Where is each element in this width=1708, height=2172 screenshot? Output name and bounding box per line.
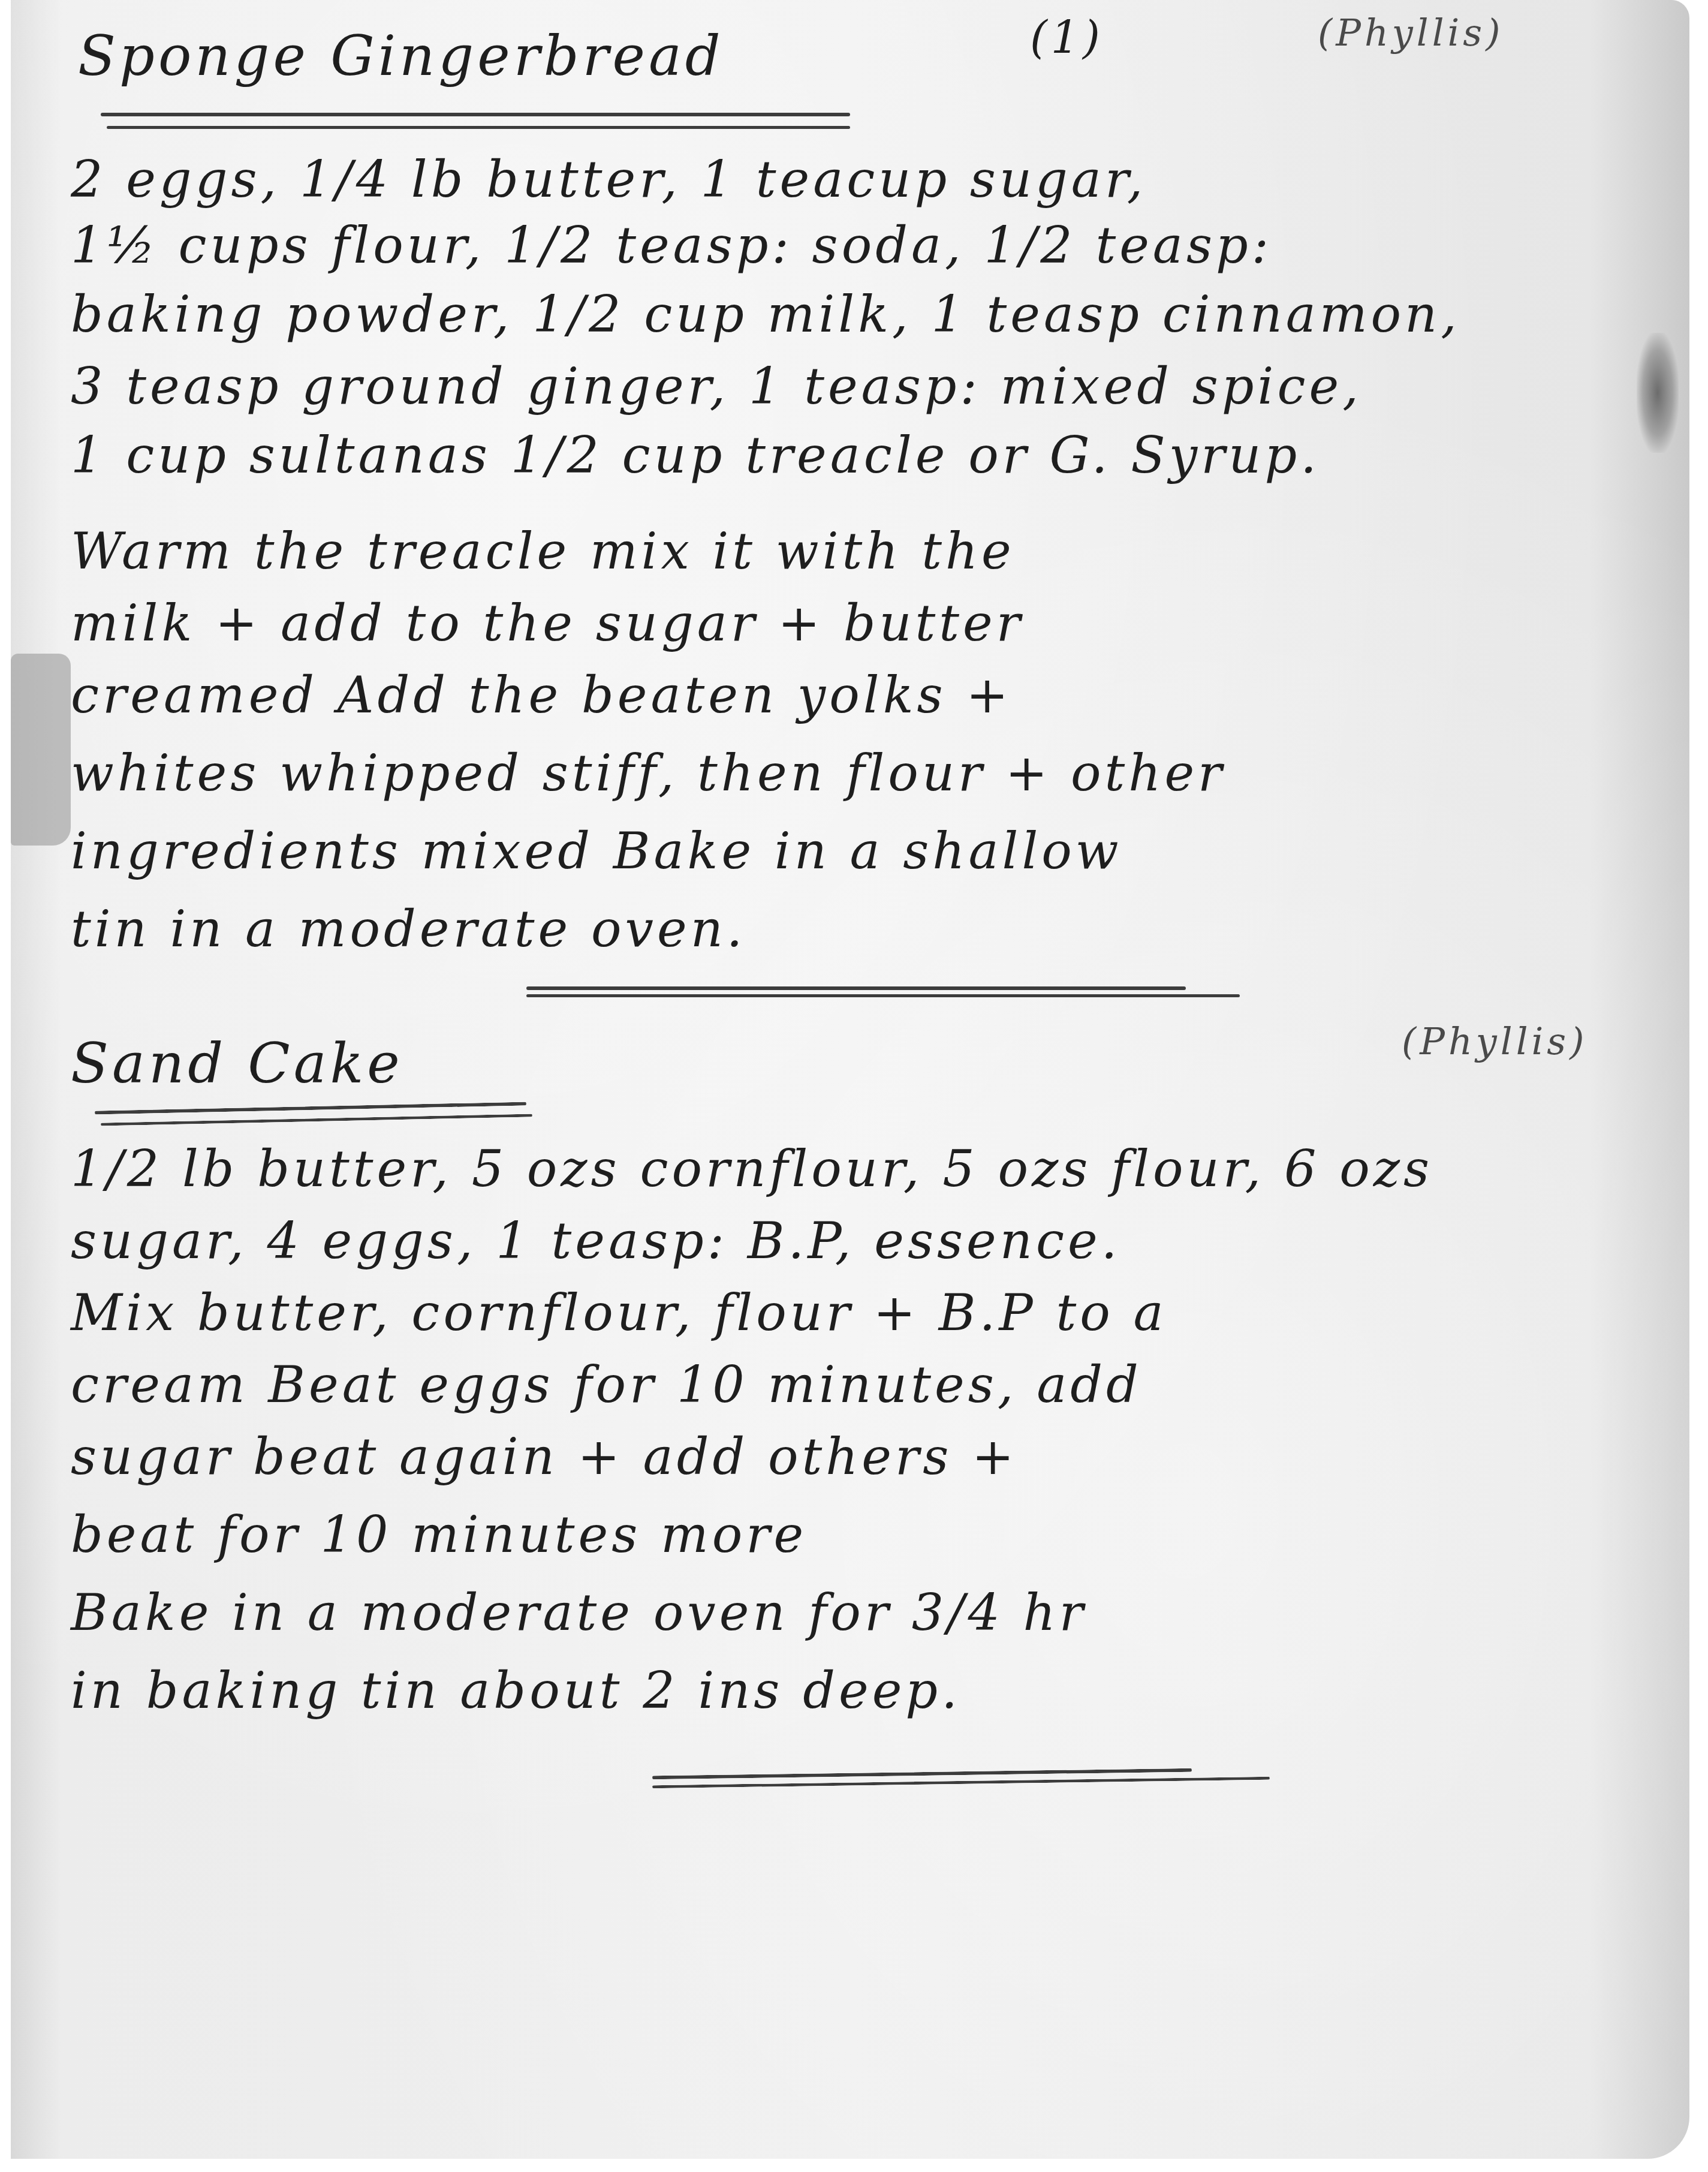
method-line: cream Beat eggs for 10 minutes, add — [71, 1355, 1142, 1414]
recipe-page: Sponge Gingerbread (1) (Phyllis) 2 eggs,… — [11, 0, 1689, 2159]
ingredients-line: 3 teasp ground ginger, 1 teasp: mixed sp… — [71, 357, 1362, 416]
title-underline — [95, 1102, 526, 1114]
recipe-title-sand-cake: Sand Cake — [71, 1031, 403, 1096]
method-line: tin in a moderate oven. — [71, 900, 746, 958]
title-underline — [101, 1114, 532, 1126]
section-divider — [526, 994, 1240, 997]
method-line: whites whipped stiff, then flour + other — [71, 744, 1225, 802]
method-line: creamed Add the beaten yolks + — [71, 666, 1012, 724]
ink-smudge — [1637, 333, 1679, 453]
title-underline — [101, 113, 850, 116]
ingredients-line: 1 cup sultanas 1/2 cup treacle or G. Syr… — [71, 426, 1320, 485]
title-underline — [107, 126, 850, 129]
recipe-attribution: (Phyllis) — [1318, 11, 1504, 55]
method-line: Bake in a moderate oven for 3/4 hr — [71, 1583, 1087, 1642]
ingredients-line: sugar, 4 eggs, 1 teasp: B.P, essence. — [71, 1211, 1120, 1270]
method-line: Warm the treacle mix it with the — [71, 522, 1015, 580]
recipe-title-sponge-gingerbread: Sponge Gingerbread — [78, 24, 724, 88]
method-line: sugar beat again + add others + — [71, 1427, 1017, 1486]
ingredients-line: baking powder, 1/2 cup milk, 1 teasp cin… — [71, 285, 1460, 344]
method-line: ingredients mixed Bake in a shallow — [71, 822, 1122, 880]
page-number: (1) — [1030, 12, 1104, 64]
ingredients-line: 2 eggs, 1/4 lb butter, 1 teacup sugar, — [71, 150, 1147, 209]
section-divider — [652, 1768, 1192, 1780]
paper-stain — [11, 654, 71, 846]
method-line: Mix butter, cornflour, flour + B.P to a — [71, 1283, 1167, 1342]
recipe-attribution: (Phyllis) — [1402, 1019, 1587, 1063]
ingredients-line: 1½ cups flour, 1/2 teasp: soda, 1/2 teas… — [71, 216, 1272, 275]
section-divider — [652, 1777, 1270, 1788]
method-line: in baking tin about 2 ins deep. — [71, 1661, 961, 1720]
method-line: milk + add to the sugar + butter — [71, 594, 1024, 652]
section-divider — [526, 986, 1186, 990]
ingredients-line: 1/2 lb butter, 5 ozs cornflour, 5 ozs fl… — [71, 1139, 1433, 1198]
method-line: beat for 10 minutes more — [71, 1505, 807, 1564]
